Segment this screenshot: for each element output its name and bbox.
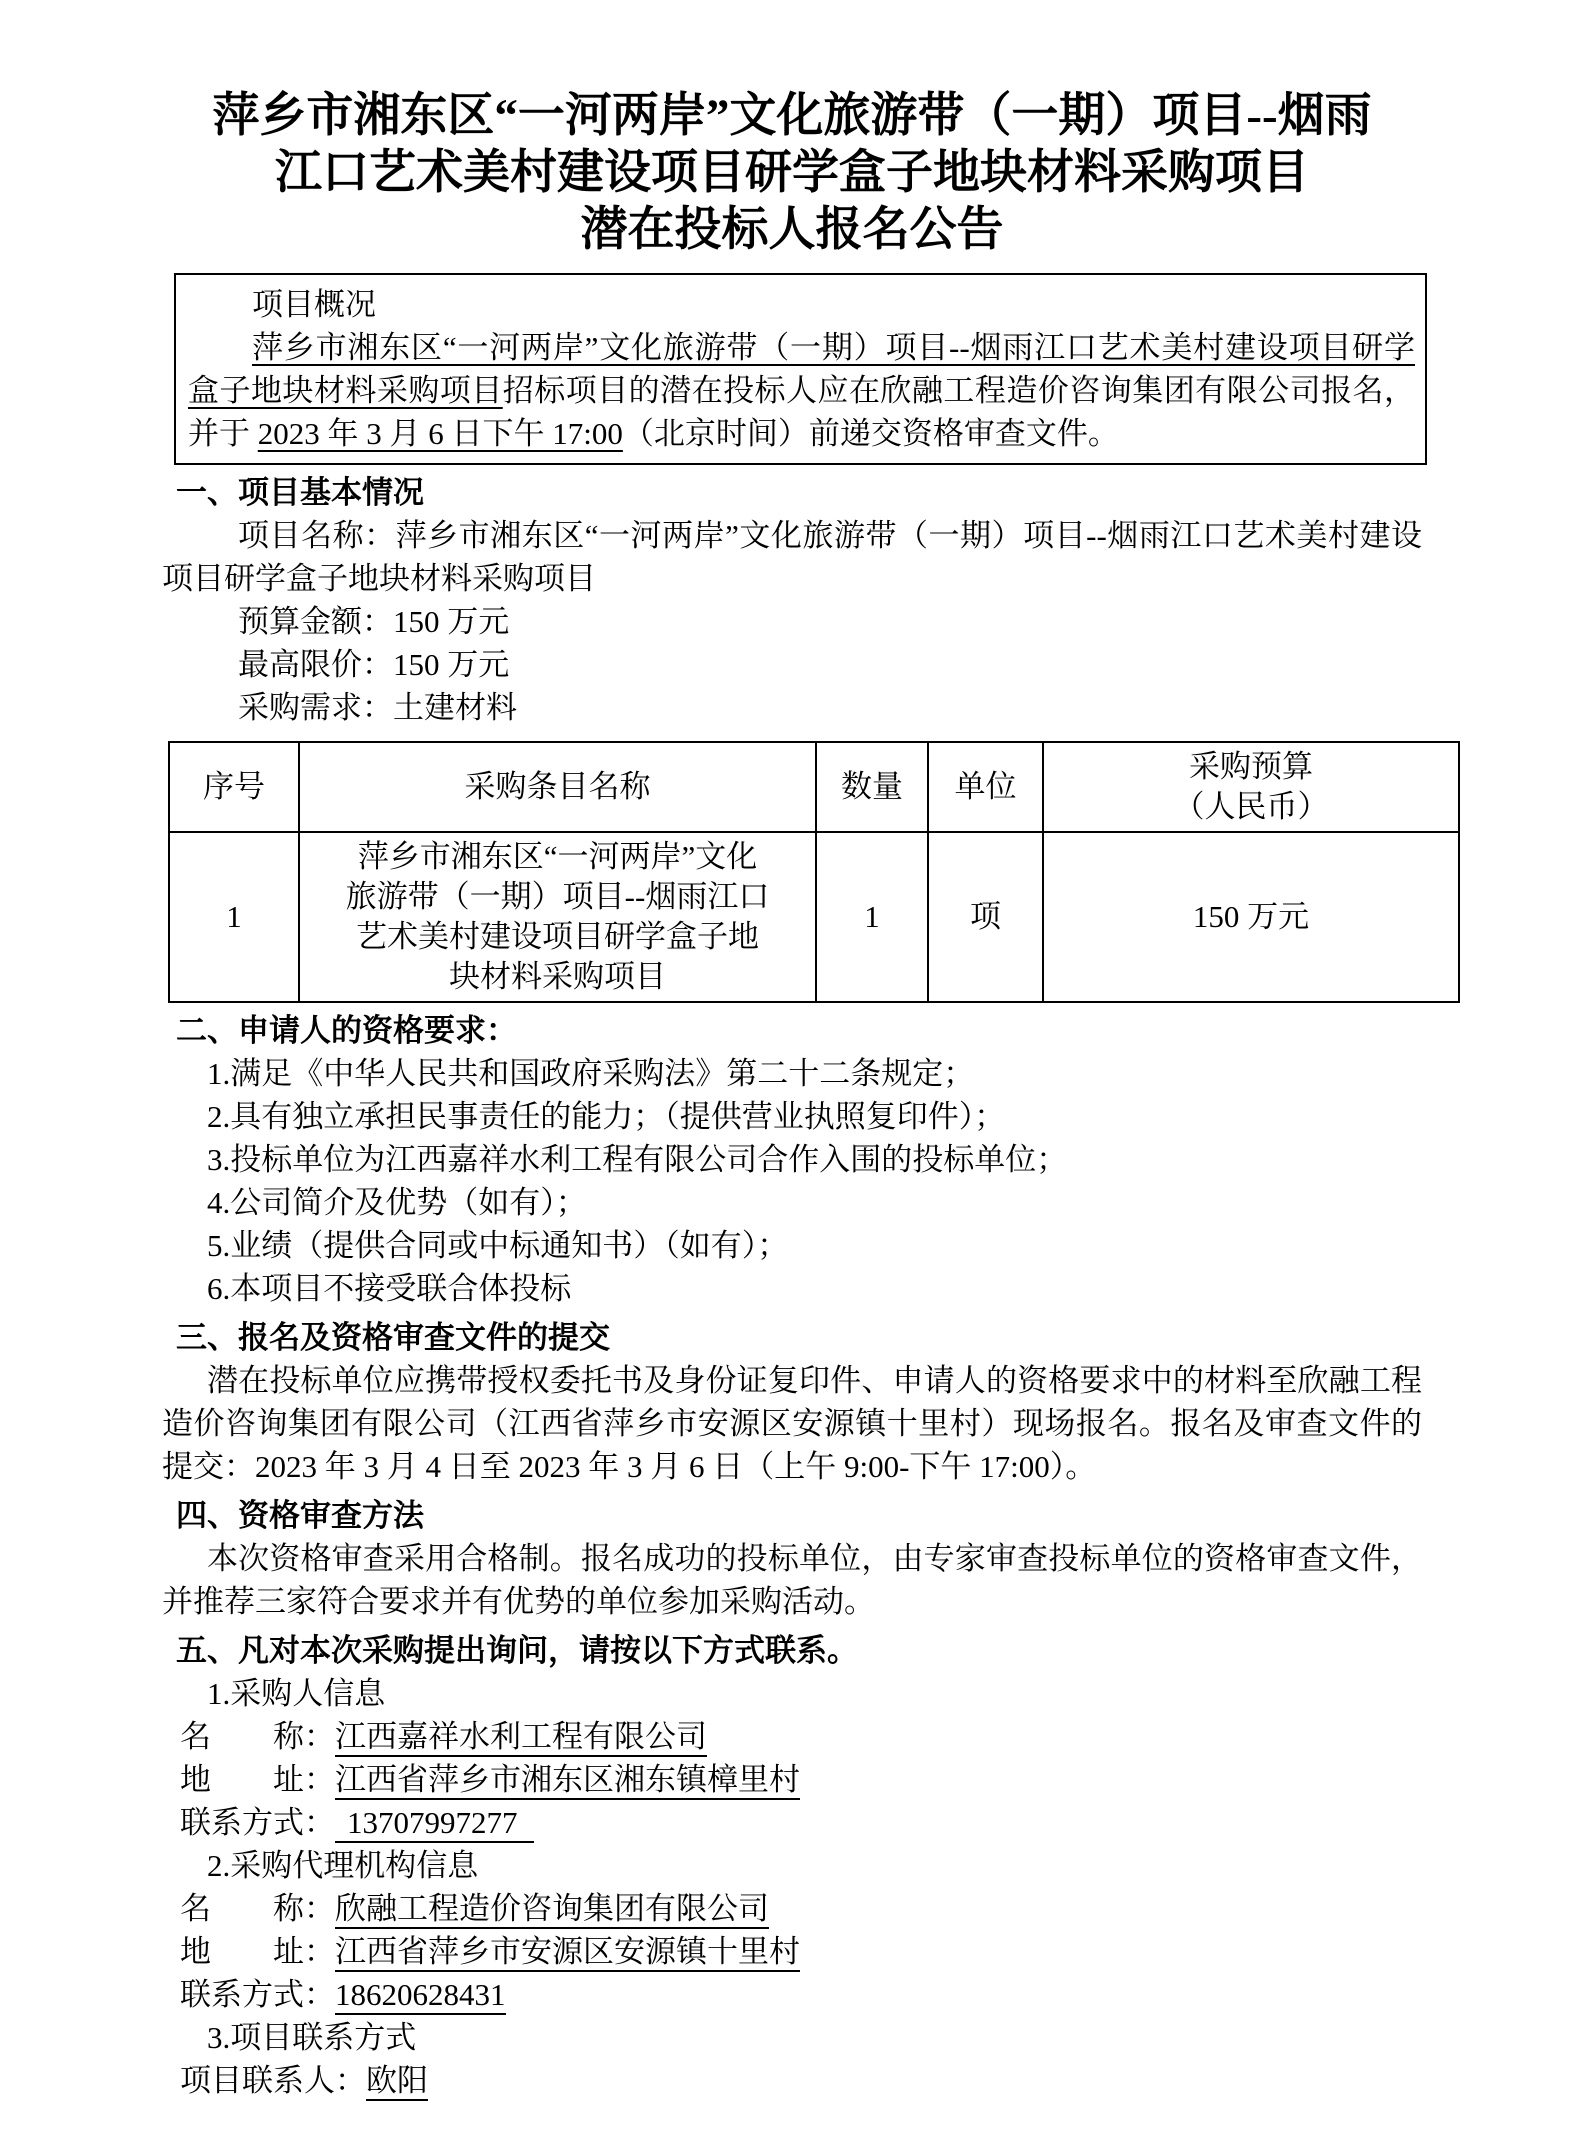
purchaser-name-value: 江西嘉祥水利工程有限公司 [335, 1719, 707, 1757]
agency-address-value: 江西省萍乡市安源区安源镇十里村 [335, 1934, 800, 1972]
project-contact-label: 项目联系人： [180, 2063, 366, 2098]
agency-phone-label: 联系方式： [180, 1977, 335, 2012]
qualification-item-6: 6.本项目不接受联合体投标 [207, 1267, 1422, 1310]
agency-phone-line: 联系方式：18620628431 [180, 1973, 1458, 2016]
project-name-line: 项目名称：萍乡市湘东区“一河两岸”文化旅游带（一期）项目--烟雨江口艺术美村建设… [162, 514, 1422, 600]
row-cell-no: 1 [169, 832, 299, 1002]
section3-heading: 三、报名及资格审查文件的提交 [176, 1316, 1458, 1359]
doc-title-line-2: 江口艺术美村建设项目研学盒子地块材料采购项目 [162, 145, 1422, 202]
agency-name-line: 名 称：欣融工程造价咨询集团有限公司 [180, 1887, 1458, 1930]
row-cell-unit: 项 [928, 832, 1043, 1002]
purchaser-address-value: 江西省萍乡市湘东区湘东镇樟里村 [335, 1762, 800, 1800]
section4-paragraph: 本次资格审查采用合格制。报名成功的投标单位，由专家审查投标单位的资格审查文件，并… [162, 1537, 1422, 1623]
max-price-line: 最高限价：150 万元 [162, 643, 1422, 686]
budget-line: 预算金额：150 万元 [162, 600, 1422, 643]
agency-phone-value: 18620628431 [335, 1977, 506, 2015]
purchaser-name-line: 名 称：江西嘉祥水利工程有限公司 [180, 1715, 1458, 1758]
header-cell-budget: 采购预算 （人民币） [1043, 742, 1459, 832]
agency-address-line: 地 址：江西省萍乡市安源区安源镇十里村 [180, 1930, 1458, 1973]
purchaser-address-label: 地 址： [180, 1762, 335, 1797]
overview-deadline-underlined: 2023 年 3 月 6 日下午 17:00 [258, 416, 623, 451]
row-cell-qty: 1 [816, 832, 928, 1002]
document-page: 萍乡市湘东区“一河两岸”文化旅游带（一期）项目--烟雨 江口艺术美村建设项目研学… [0, 0, 1587, 2154]
header-cell-name: 采购条目名称 [299, 742, 816, 832]
overview-paragraph: 萍乡市湘东区“一河两岸”文化旅游带（一期）项目--烟雨江口艺术美村建设项目研学盒… [188, 326, 1415, 455]
section4-heading: 四、资格审查方法 [176, 1494, 1458, 1537]
section1-heading: 一、项目基本情况 [176, 471, 1458, 514]
agency-name-value: 欣融工程造价咨询集团有限公司 [335, 1891, 769, 1929]
table-header-row: 序号 采购条目名称 数量 单位 采购预算 （人民币） [169, 742, 1459, 832]
purchaser-name-label: 名 称： [180, 1719, 335, 1754]
project-contact-line: 项目联系人：欧阳 [180, 2059, 1458, 2102]
header-cell-no: 序号 [169, 742, 299, 832]
purchaser-address-line: 地 址：江西省萍乡市湘东区湘东镇樟里村 [180, 1758, 1458, 1801]
overview-tail-text: （北京时间）前递交资格审查文件。 [623, 416, 1119, 451]
header-cell-unit: 单位 [928, 742, 1043, 832]
overview-label: 项目概况 [188, 283, 1415, 326]
table-row: 1 萍乡市湘东区“一河两岸”文化 旅游带（一期）项目--烟雨江口 艺术美村建设项… [169, 832, 1459, 1002]
row-cell-budget: 150 万元 [1043, 832, 1459, 1002]
agency-address-label: 地 址： [180, 1934, 335, 1969]
project-overview-box: 项目概况 萍乡市湘东区“一河两岸”文化旅游带（一期）项目--烟雨江口艺术美村建设… [174, 273, 1427, 465]
section3-paragraph: 潜在投标单位应携带授权委托书及身份证复印件、申请人的资格要求中的材料至欣融工程造… [162, 1359, 1422, 1488]
header-cell-qty: 数量 [816, 742, 928, 832]
qualification-item-5: 5.业绩（提供合同或中标通知书）（如有）； [207, 1224, 1422, 1267]
project-contact-header: 3.项目联系方式 [207, 2016, 1458, 2059]
qualification-item-2: 2.具有独立承担民事责任的能力；（提供营业执照复印件）； [207, 1095, 1422, 1138]
purchaser-info-header: 1.采购人信息 [207, 1672, 1458, 1715]
qualification-item-4: 4.公司简介及优势（如有）； [207, 1181, 1422, 1224]
qualification-item-1: 1.满足《中华人民共和国政府采购法》第二十二条规定； [207, 1052, 1422, 1095]
row-cell-name: 萍乡市湘东区“一河两岸”文化 旅游带（一期）项目--烟雨江口 艺术美村建设项目研… [299, 832, 816, 1002]
project-contact-value: 欧阳 [366, 2063, 428, 2101]
purchaser-phone-line: 联系方式：13707997277 [180, 1801, 1458, 1844]
section5-heading: 五、凡对本次采购提出询问，请按以下方式联系。 [176, 1629, 1458, 1672]
purchaser-phone-value: 13707997277 [335, 1805, 534, 1843]
doc-title-line-1: 萍乡市湘东区“一河两岸”文化旅游带（一期）项目--烟雨 [162, 88, 1422, 145]
purchaser-phone-label: 联系方式： [180, 1805, 335, 1840]
agency-info-header: 2.采购代理机构信息 [207, 1844, 1458, 1887]
section2-heading: 二、申请人的资格要求： [176, 1009, 1458, 1052]
qualification-item-3: 3.投标单位为江西嘉祥水利工程有限公司合作入围的投标单位； [207, 1138, 1422, 1181]
agency-name-label: 名 称： [180, 1891, 335, 1926]
procurement-table: 序号 采购条目名称 数量 单位 采购预算 （人民币） 1 萍乡市湘东区“一河两岸… [168, 741, 1460, 1003]
doc-title: 萍乡市湘东区“一河两岸”文化旅游带（一期）项目--烟雨 江口艺术美村建设项目研学… [162, 88, 1422, 259]
demand-line: 采购需求：土建材料 [162, 686, 1422, 729]
doc-title-line-3: 潜在投标人报名公告 [162, 202, 1422, 259]
